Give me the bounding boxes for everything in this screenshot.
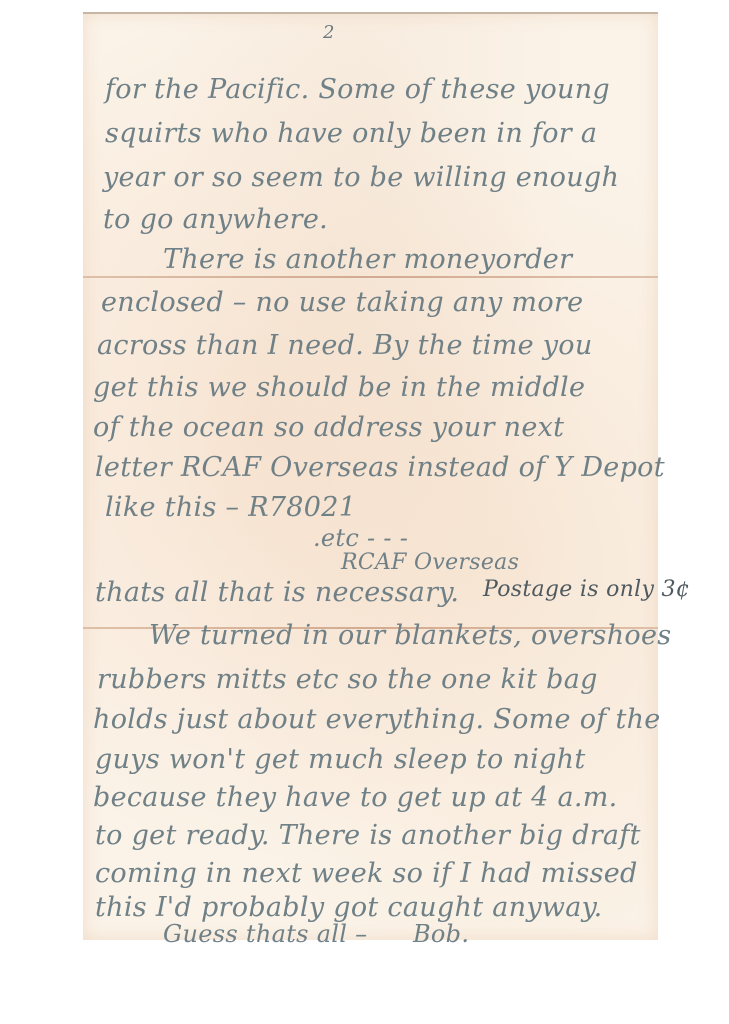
letter-line: There is another moneyorder xyxy=(163,244,572,275)
letter-line: to go anywhere. xyxy=(103,204,328,235)
page-number: 2 xyxy=(323,22,334,43)
letter-line: of the ocean so address your next xyxy=(93,412,564,443)
letter-line: across than I need. By the time you xyxy=(97,330,593,361)
letter-line: We turned in our blankets, overshoes xyxy=(149,620,671,651)
letter-line: year or so seem to be willing enough xyxy=(103,162,619,193)
letter-line: get this we should be in the middle xyxy=(93,372,585,403)
letter-line: letter RCAF Overseas instead of Y Depot xyxy=(95,452,665,483)
letter-line: like this – R78021 xyxy=(105,492,356,523)
letter-line: holds just about everything. Some of the xyxy=(93,704,661,735)
letter-line: enclosed – no use taking any more xyxy=(101,287,583,318)
postage-note: Postage is only 3¢ xyxy=(483,577,690,602)
letter-line: rubbers mitts etc so the one kit bag xyxy=(97,664,598,695)
letter-line: this I'd probably got caught anyway. xyxy=(95,892,603,923)
letter-line: for the Pacific. Some of these young xyxy=(105,74,610,105)
letter-line: guys won't get much sleep to night xyxy=(95,744,586,775)
fold-crease xyxy=(83,276,658,278)
address-line: RCAF Overseas xyxy=(341,550,519,575)
letter-line: to get ready. There is another big draft xyxy=(95,820,641,851)
letter-line: because they have to get up at 4 a.m. xyxy=(93,782,618,813)
address-line: .etc - - - xyxy=(313,524,408,552)
letter-line: squirts who have only been in for a xyxy=(105,118,597,149)
closing-line: Guess thats all – xyxy=(163,920,367,948)
signature: Bob. xyxy=(413,920,469,948)
letter-line: thats all that is necessary. xyxy=(95,577,459,608)
letter-line: coming in next week so if I had missed xyxy=(95,858,638,889)
letter-page: 2 for the Pacific. Some of these young s… xyxy=(83,12,658,940)
